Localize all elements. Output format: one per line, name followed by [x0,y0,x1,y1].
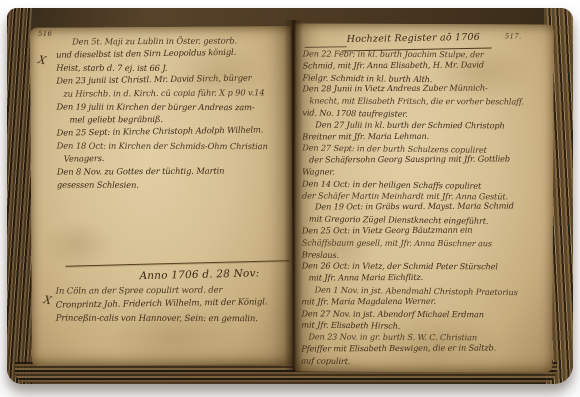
handwritten-line: Den 25 Oct: in Vietz Georg Bäutzmann ein [302,224,550,237]
handwritten-line: auf copulirt. [301,355,549,370]
margin-cross-mark-bottom: X [42,293,52,307]
handwritten-line: Schmid, mit Jfr. Anna Elisabeth, H. Mr. … [303,59,551,72]
photo-background: 516 X Den 5t. Maji zu Lublin in Öster. g… [0,0,580,397]
handwritten-line: Breitner mit Jfr. Maria Lehman. [302,130,550,143]
margin-cross-mark-top: X [37,53,47,67]
book-spine-edge [7,8,32,384]
right-page-number: 517. [505,32,522,40]
handwritten-line: zu Hirschb. in d. Kirch. cū copia führ. … [63,86,291,100]
register-heading: Hochzeit Register aō 1706 [347,32,480,45]
handwritten-line: Den 25 Sept: in Kirche Christoph Adolph … [57,123,292,140]
handwritten-line: Schäffsbaum gesell, mit Jfr. Anna Büschn… [302,237,550,250]
handwritten-line: Den 27 Nov. in jst. Abendorf Michael Erd… [301,308,549,321]
left-page-section-entries: In Cöln an der Spree copulirt word. derC… [56,284,293,326]
right-page: Hochzeit Register aō 1706 517. Den 22 Fe… [293,23,554,372]
left-page-number: 516 [38,30,52,38]
handwritten-line: knecht, mit Elisabeth Fritsch, die er vo… [309,96,550,109]
handwritten-line: mit Jfr. Maria Magdalena Werner. [302,295,550,308]
section-divider-line [65,260,289,267]
handwritten-line: Den 19 julii in Kirchen der bürger Andre… [56,101,291,115]
handwritten-line: Pfeiffer mit Elisabeth Beswigen, die er … [301,342,549,355]
handwritten-line: Venagers. [64,149,292,166]
handwritten-line: Den 8 Nov. zu Gottes der tüchtig. Martin [57,164,292,178]
handwritten-line: Princeßin-calis von Hannover, Sein: en g… [56,313,293,327]
handwritten-line: gesessen Schlesien. [57,179,292,193]
left-page-entries: Den 5t. Maji zu Lublin in Öster. gestorb… [56,34,292,191]
handwritten-line: Wagner. [302,166,550,179]
handwritten-line: der Schäfersohn Georg Sauspring mit Jfr.… [309,153,550,166]
handwritten-line: und dieselbst ist den Sirn Leopoldus kön… [56,45,291,62]
section-heading: Anno 1706 d. 28 Nov: [139,267,259,282]
handwritten-line: Den 28 Junii in Vietz Andreas Zuber Münn… [302,83,550,96]
handwritten-line: Den 19 Oct: in Gräbs wurd. Mayst. Maria … [315,201,550,214]
right-page-entries: Den 22 Febr: in kl. burth Joachim Stulpe… [301,48,550,368]
left-page: 516 X Den 5t. Maji zu Lublin in Öster. g… [30,26,293,366]
open-book: 516 X Den 5t. Maji zu Lublin in Öster. g… [7,8,573,384]
handwritten-line: Den 23 junii ist Christl. Mr. David Sirc… [56,71,291,88]
handwritten-line: mit Jfr. Anna Maria Eichflitz. [309,271,550,284]
